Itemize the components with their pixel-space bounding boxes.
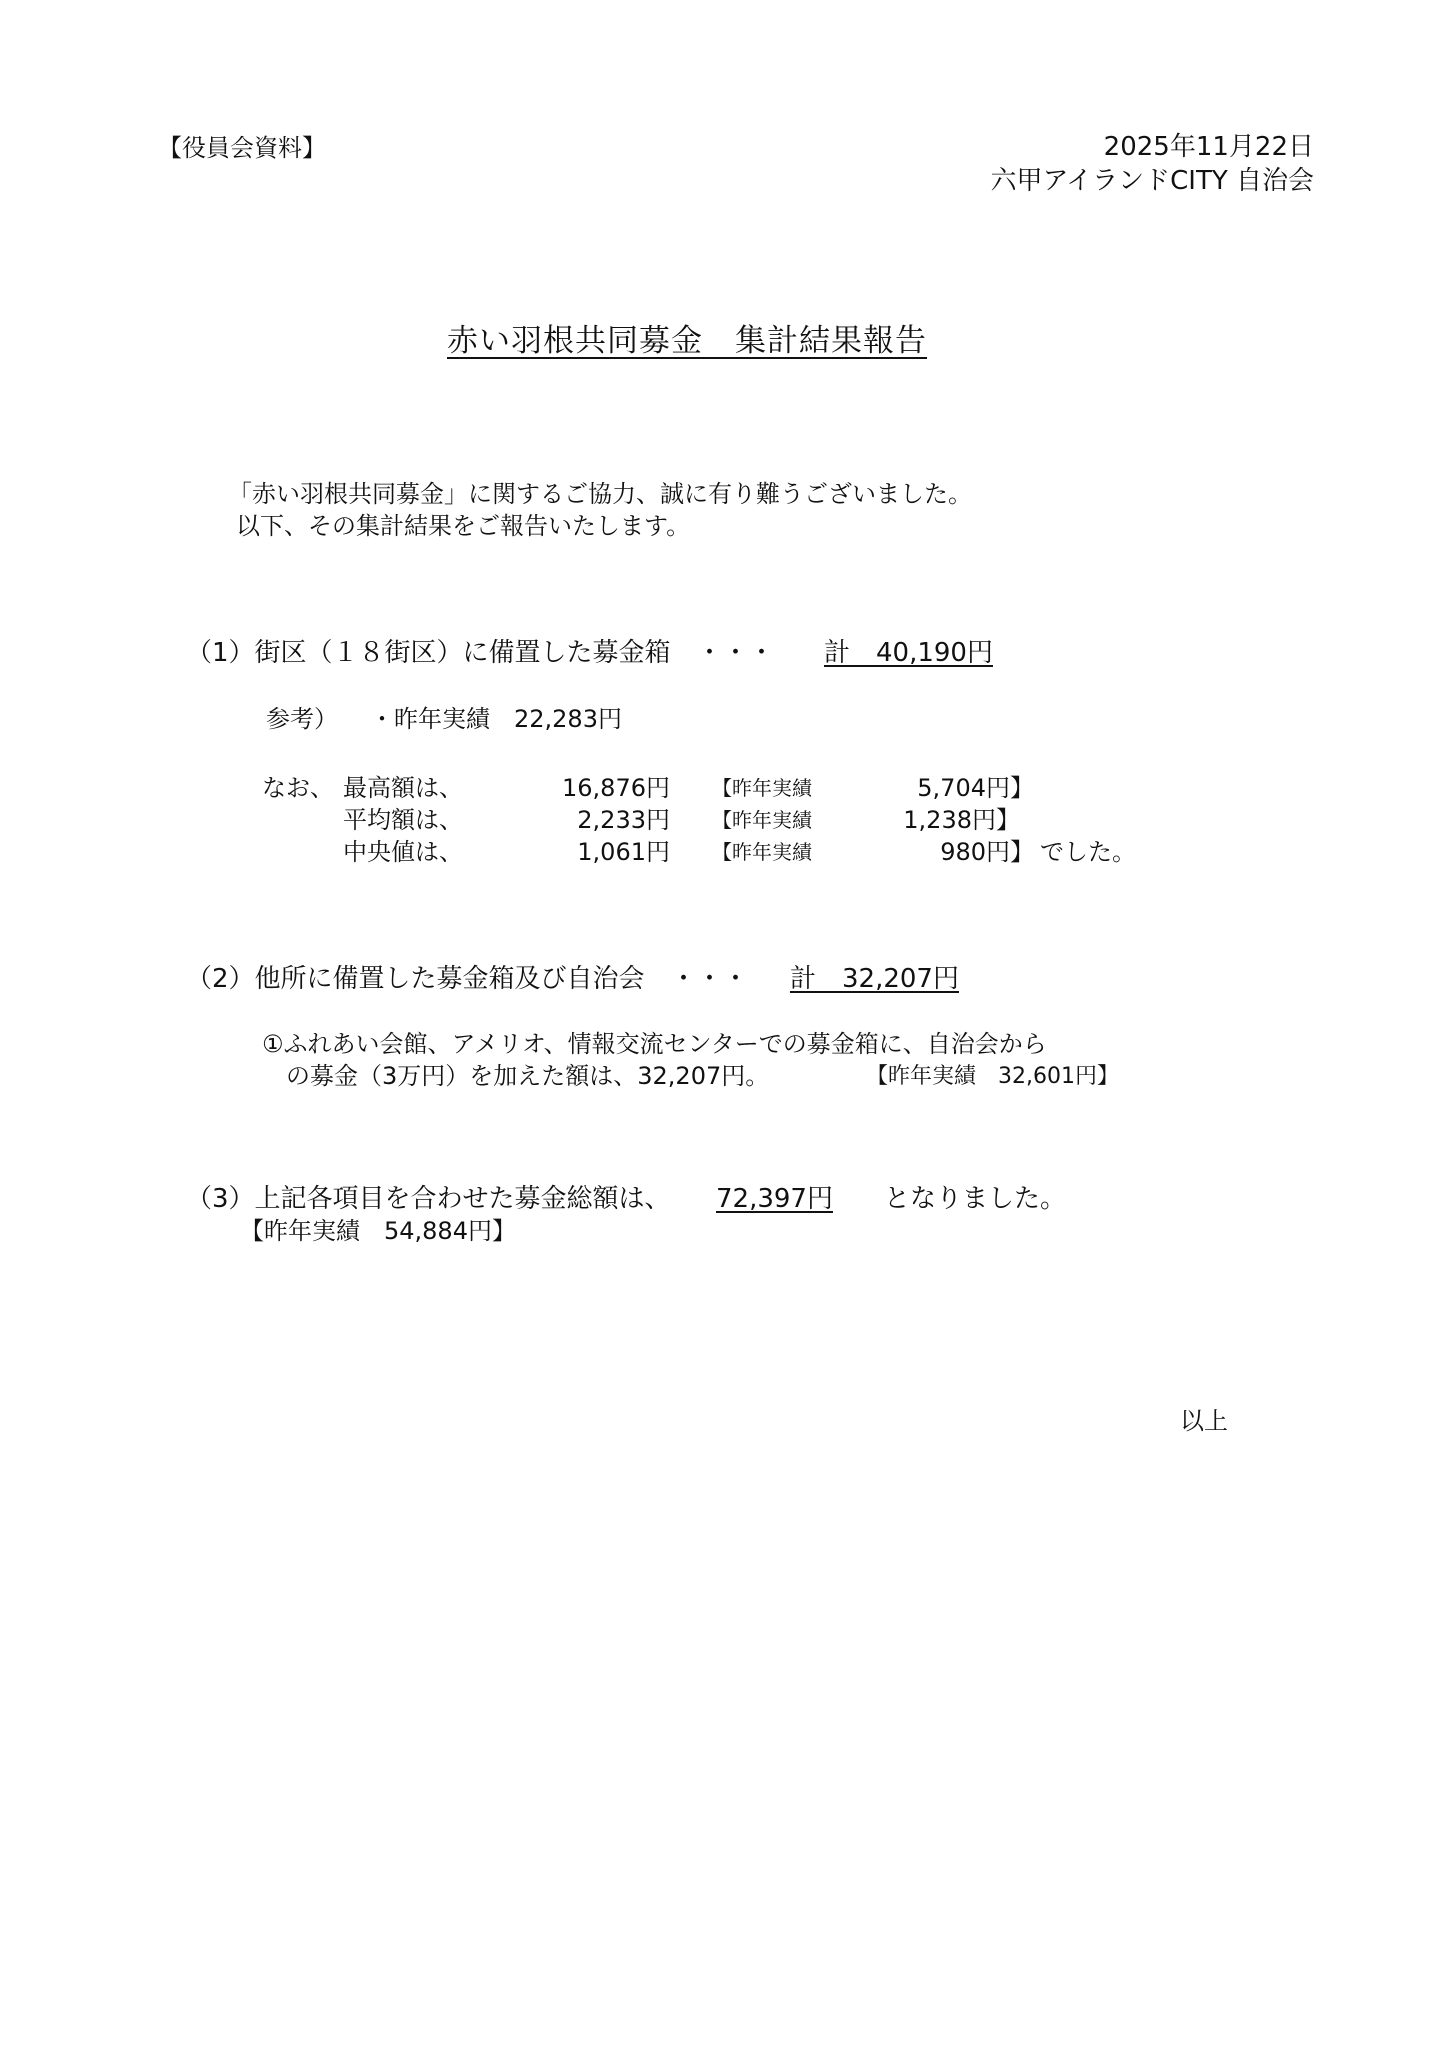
stat-label: 最高額は、 — [343, 776, 463, 800]
stat-value: 1,061円 — [480, 840, 670, 864]
section1-heading: （1）街区（１８街区）に備置した募金箱 ・・・ — [186, 640, 775, 666]
section2-detail-line-2: の募金（3万円）を加えた額は、32,207円。 — [286, 1064, 769, 1088]
page-title: 赤い羽根共同募金 集計結果報告 — [447, 326, 927, 357]
stat-prev-label: 【昨年実績 — [712, 778, 812, 798]
stat-prev-value: 1,238円】 — [860, 808, 1020, 832]
section2-detail-line-1: ①ふれあい会館、アメリオ、情報交流センターでの募金箱に、自治会から — [262, 1032, 1047, 1056]
stat-value: 2,233円 — [480, 808, 670, 832]
stat-prev-value: 980円】 — [860, 840, 1034, 864]
section2-total: 計 32,207円 — [790, 966, 959, 992]
doc-label: 【役員会資料】 — [158, 136, 326, 160]
stat-prev-label: 【昨年実績 — [712, 842, 812, 862]
section3-prev: 【昨年実績 54,884円】 — [240, 1219, 516, 1243]
intro-line-1: 「赤い羽根共同募金」に関するご協力、誠に有り難うございました。 — [228, 482, 972, 506]
stat-prev-label: 【昨年実績 — [712, 810, 812, 830]
document-date: 2025年11月22日 — [1104, 134, 1314, 160]
stat-prev-value: 5,704円】 — [860, 776, 1034, 800]
section2-heading: （2）他所に備置した募金箱及び自治会 ・・・ — [186, 966, 749, 992]
stat-label: 中央値は、 — [343, 840, 463, 864]
section3-heading: （3）上記各項目を合わせた募金総額は、 — [186, 1186, 671, 1212]
stat-value: 16,876円 — [480, 776, 670, 800]
section1-reference-value: ・昨年実績 22,283円 — [370, 707, 622, 731]
stat-suffix: でした。 — [1040, 840, 1136, 864]
organization-name: 六甲アイランドCITY 自治会 — [990, 168, 1314, 194]
section3-suffix: となりました。 — [884, 1186, 1066, 1212]
section3-total: 72,397円 — [716, 1186, 833, 1212]
section1-total: 計 40,190円 — [824, 640, 993, 666]
stats-prefix: なお、 — [262, 776, 334, 800]
stat-label: 平均額は、 — [343, 808, 463, 832]
section1-reference-label: 参考） — [266, 707, 338, 731]
intro-line-2: 以下、その集計結果をご報告いたします。 — [236, 514, 690, 538]
section2-detail-prev: 【昨年実績 32,601円】 — [866, 1066, 1119, 1088]
closing-mark: 以上 — [1180, 1409, 1228, 1433]
